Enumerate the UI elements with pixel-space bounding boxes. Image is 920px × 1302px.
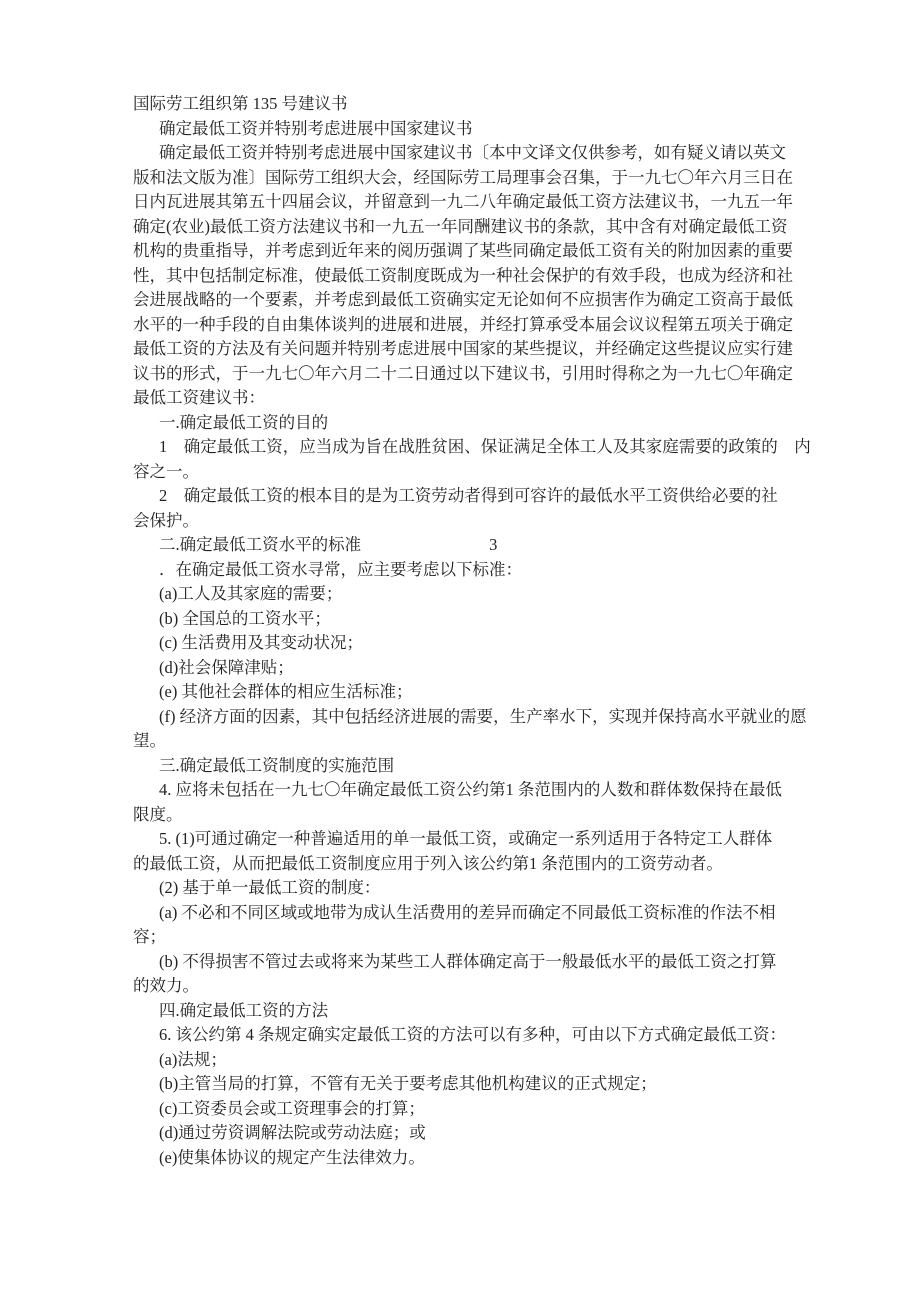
list-item: (e)使集体协议的规定产生法律效力。	[133, 1146, 800, 1171]
doc-line: 4. 应将未包括在一九七〇年确定最低工资公约第1 条范围内的人数和群体数保持在最…	[133, 778, 800, 803]
list-item: (b) 不得损害不管过去或将来为某些工人群体确定高于一般最低水平的最低工资之打算	[133, 950, 800, 975]
section-1-heading: 一.确定最低工资的目的	[133, 411, 800, 436]
doc-line: 的效力。	[133, 974, 800, 999]
list-item: (e) 其他社会群体的相应生活标准；	[133, 680, 800, 705]
preamble-line: 议书的形式，于一九七〇年六月二十二日通过以下建议书，引用时得称之为一九七〇年确定	[133, 362, 800, 387]
list-item: (d)通过劳资调解法院或劳动法庭；或	[133, 1121, 800, 1146]
list-item: (a)法规；	[133, 1048, 800, 1073]
list-item: (b) 全国总的工资水平；	[133, 607, 800, 632]
doc-line: (2) 基于单一最低工资的制度：	[133, 876, 800, 901]
preamble-line: 最低工资的方法及有关问题并特别考虑进展中国家的某些提议，并经确定这些提议应实行建	[133, 337, 800, 362]
doc-line: 望。	[133, 729, 800, 754]
preamble-line: 性，其中包括制定标准，使最低工资制度既成为一种社会保护的有效手段，也成为经济和社	[133, 264, 800, 289]
doc-line: 容；	[133, 925, 800, 950]
doc-line: 6. 该公约第 4 条规定确实定最低工资的方法可以有多种，可由以下方式确定最低工…	[133, 1023, 800, 1048]
preamble-line: 版和法文版为准〕国际劳工组织大会，经国际劳工局理事会召集，于一九七〇年六月三日在	[133, 166, 800, 191]
list-item: (c)工资委员会或工资理事会的打算；	[133, 1097, 800, 1122]
list-item: (c) 生活费用及其变动状况；	[133, 631, 800, 656]
doc-line: 会保护。	[133, 509, 800, 534]
list-item: (b)主管当局的打算，不管有无关于要考虑其他机构建议的正式规定；	[133, 1072, 800, 1097]
list-item: (a)工人及其家庭的需要；	[133, 582, 800, 607]
list-item: (f) 经济方面的因素，其中包括经济进展的需要，生产率水下，实现并保持高水平就业…	[133, 705, 800, 730]
document-page: 国际劳工组织第 135 号建议书 确定最低工资并特别考虑进展中国家建议书 确定最…	[0, 0, 920, 1302]
section-2-heading-row: 二.确定最低工资水平的标准3	[133, 533, 800, 558]
section-3-heading: 三.确定最低工资制度的实施范围	[133, 754, 800, 779]
doc-line: 限度。	[133, 803, 800, 828]
section-2-heading: 二.确定最低工资水平的标准	[159, 535, 361, 554]
doc-line: 容之一。	[133, 460, 800, 485]
preamble-line: 最低工资建议书：	[133, 386, 800, 411]
list-item: (d)社会保障津贴；	[133, 656, 800, 681]
list-item: (a) 不必和不同区域或地带为成认生活费用的差异而确定不同最低工资标准的作法不相	[133, 901, 800, 926]
doc-line: 的最低工资，从而把最低工资制度应用于列入该公约第1 条范围内的工资劳动者。	[133, 852, 800, 877]
preamble-line: 确定最低工资并特别考虑进展中国家建议书〔本中文译文仅供参考，如有疑义请以英文	[133, 141, 800, 166]
doc-line: 5. (1)可通过确定一种普遍适用的单一最低工资，或确定一系列适用于各特定工人群…	[133, 827, 800, 852]
preamble-line: 确定(农业)最低工资方法建议书和一九五一年同酬建议书的条款，其中含有对确定最低工…	[133, 215, 800, 240]
doc-subtitle: 确定最低工资并特别考虑进展中国家建议书	[133, 117, 800, 142]
doc-line: 2 确定最低工资的根本目的是为工资劳动者得到可容许的最低水平工资供给必要的社	[133, 484, 800, 509]
stray-page-number: 3	[489, 533, 497, 558]
preamble-line: 水平的一种手段的自由集体谈判的进展和进展，并经打算承受本届会议议程第五项关于确定	[133, 313, 800, 338]
section-4-heading: 四.确定最低工资的方法	[133, 999, 800, 1024]
doc-title: 国际劳工组织第 135 号建议书	[133, 92, 800, 117]
doc-line: ．在确定最低工资水寻常，应主要考虑以下标准：	[133, 558, 800, 583]
doc-line: 1 确定最低工资，应当成为旨在战胜贫困、保证满足全体工人及其家庭需要的政策的 内	[133, 435, 800, 460]
preamble-line: 机构的贵重指导，并考虑到近年来的阅历强调了某些同确定最低工资有关的附加因素的重要	[133, 239, 800, 264]
preamble-line: 会进展战略的一个要素，并考虑到最低工资确实定无论如何不应损害作为确定工资高于最低	[133, 288, 800, 313]
preamble-line: 日内瓦进展其第五十四届会议，并留意到一九二八年确定最低工资方法建议书，一九五一年	[133, 190, 800, 215]
